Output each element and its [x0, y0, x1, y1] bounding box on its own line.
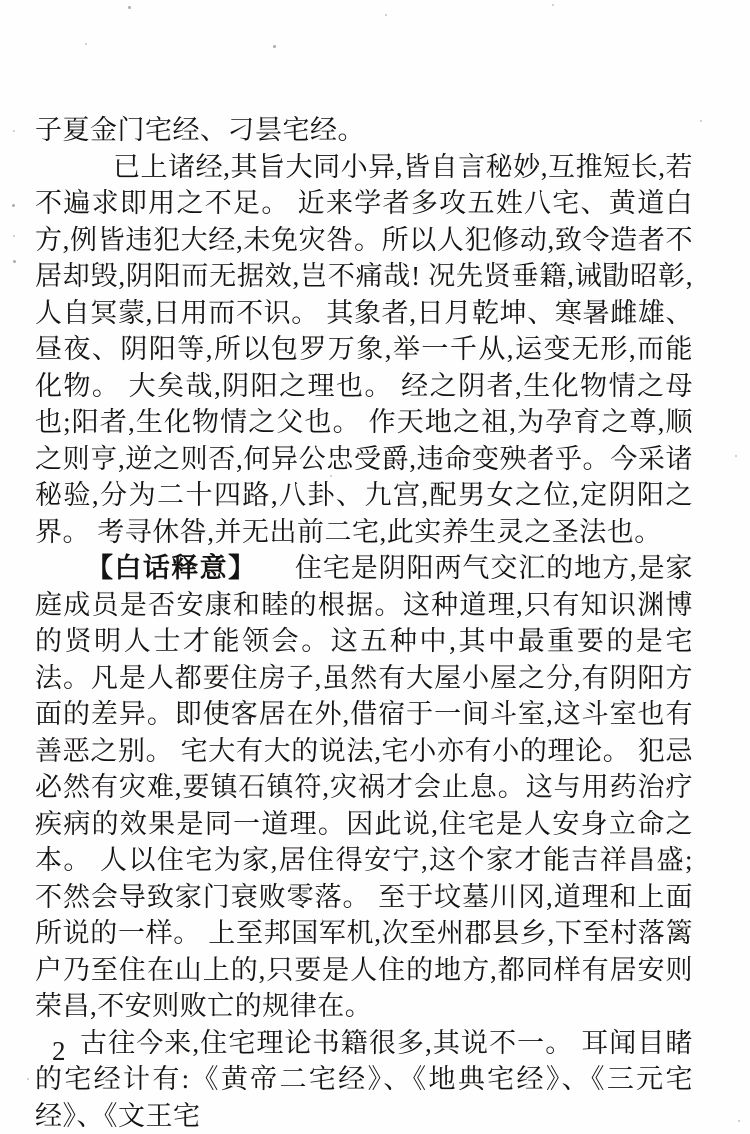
scan-speck [385, 14, 387, 16]
scan-speck [700, 120, 702, 122]
scan-speck [650, 1080, 652, 1082]
paragraph-classical-text: 已上诸经,其旨大同小异,皆自言秘妙,互推短长,若不遍求即用之不足。 近来学者多攻… [35, 149, 693, 551]
scan-speck [735, 455, 737, 457]
vernacular-section-header: 【白话释意】 [86, 553, 257, 583]
scan-speck [12, 204, 15, 207]
scan-speck [738, 1120, 740, 1122]
scan-speck [13, 130, 15, 132]
scan-speck [27, 1078, 29, 1080]
scan-speck [273, 45, 276, 48]
scan-speck [13, 235, 15, 237]
scan-speck [552, 4, 554, 6]
scan-speck [160, 602, 162, 604]
scanned-book-page: 子夏金门宅经、刁昙宅经。 已上诸经,其旨大同小异,皆自言秘妙,互推短长,若不遍求… [0, 0, 750, 1134]
page-number: 2 [52, 1036, 66, 1067]
paragraph-continuation: 子夏金门宅经、刁昙宅经。 [35, 112, 693, 149]
scan-speck [395, 345, 397, 347]
text-block: 子夏金门宅经、刁昙宅经。 已上诸经,其旨大同小异,皆自言秘妙,互推短长,若不遍求… [35, 112, 693, 1134]
paragraph-closing: 古往今来,住宅理论书籍很多,其说不一。 耳闻目睹的宅经计有:《黄帝二宅经》、《地… [35, 1025, 693, 1134]
paragraph-vernacular: 【白话释意】住宅是阴阳两气交汇的地方,是家庭成员是否安康和睦的根据。这种道理,只… [35, 550, 693, 1025]
scan-speck [13, 260, 16, 263]
scan-speck [270, 1042, 272, 1044]
scan-speck [128, 6, 131, 9]
scan-speck [85, 43, 87, 45]
vernacular-text: 住宅是阴阳两气交汇的地方,是家庭成员是否安康和睦的根据。这种道理,只有知识渊博的… [35, 553, 693, 1021]
scan-speck [330, 475, 332, 477]
